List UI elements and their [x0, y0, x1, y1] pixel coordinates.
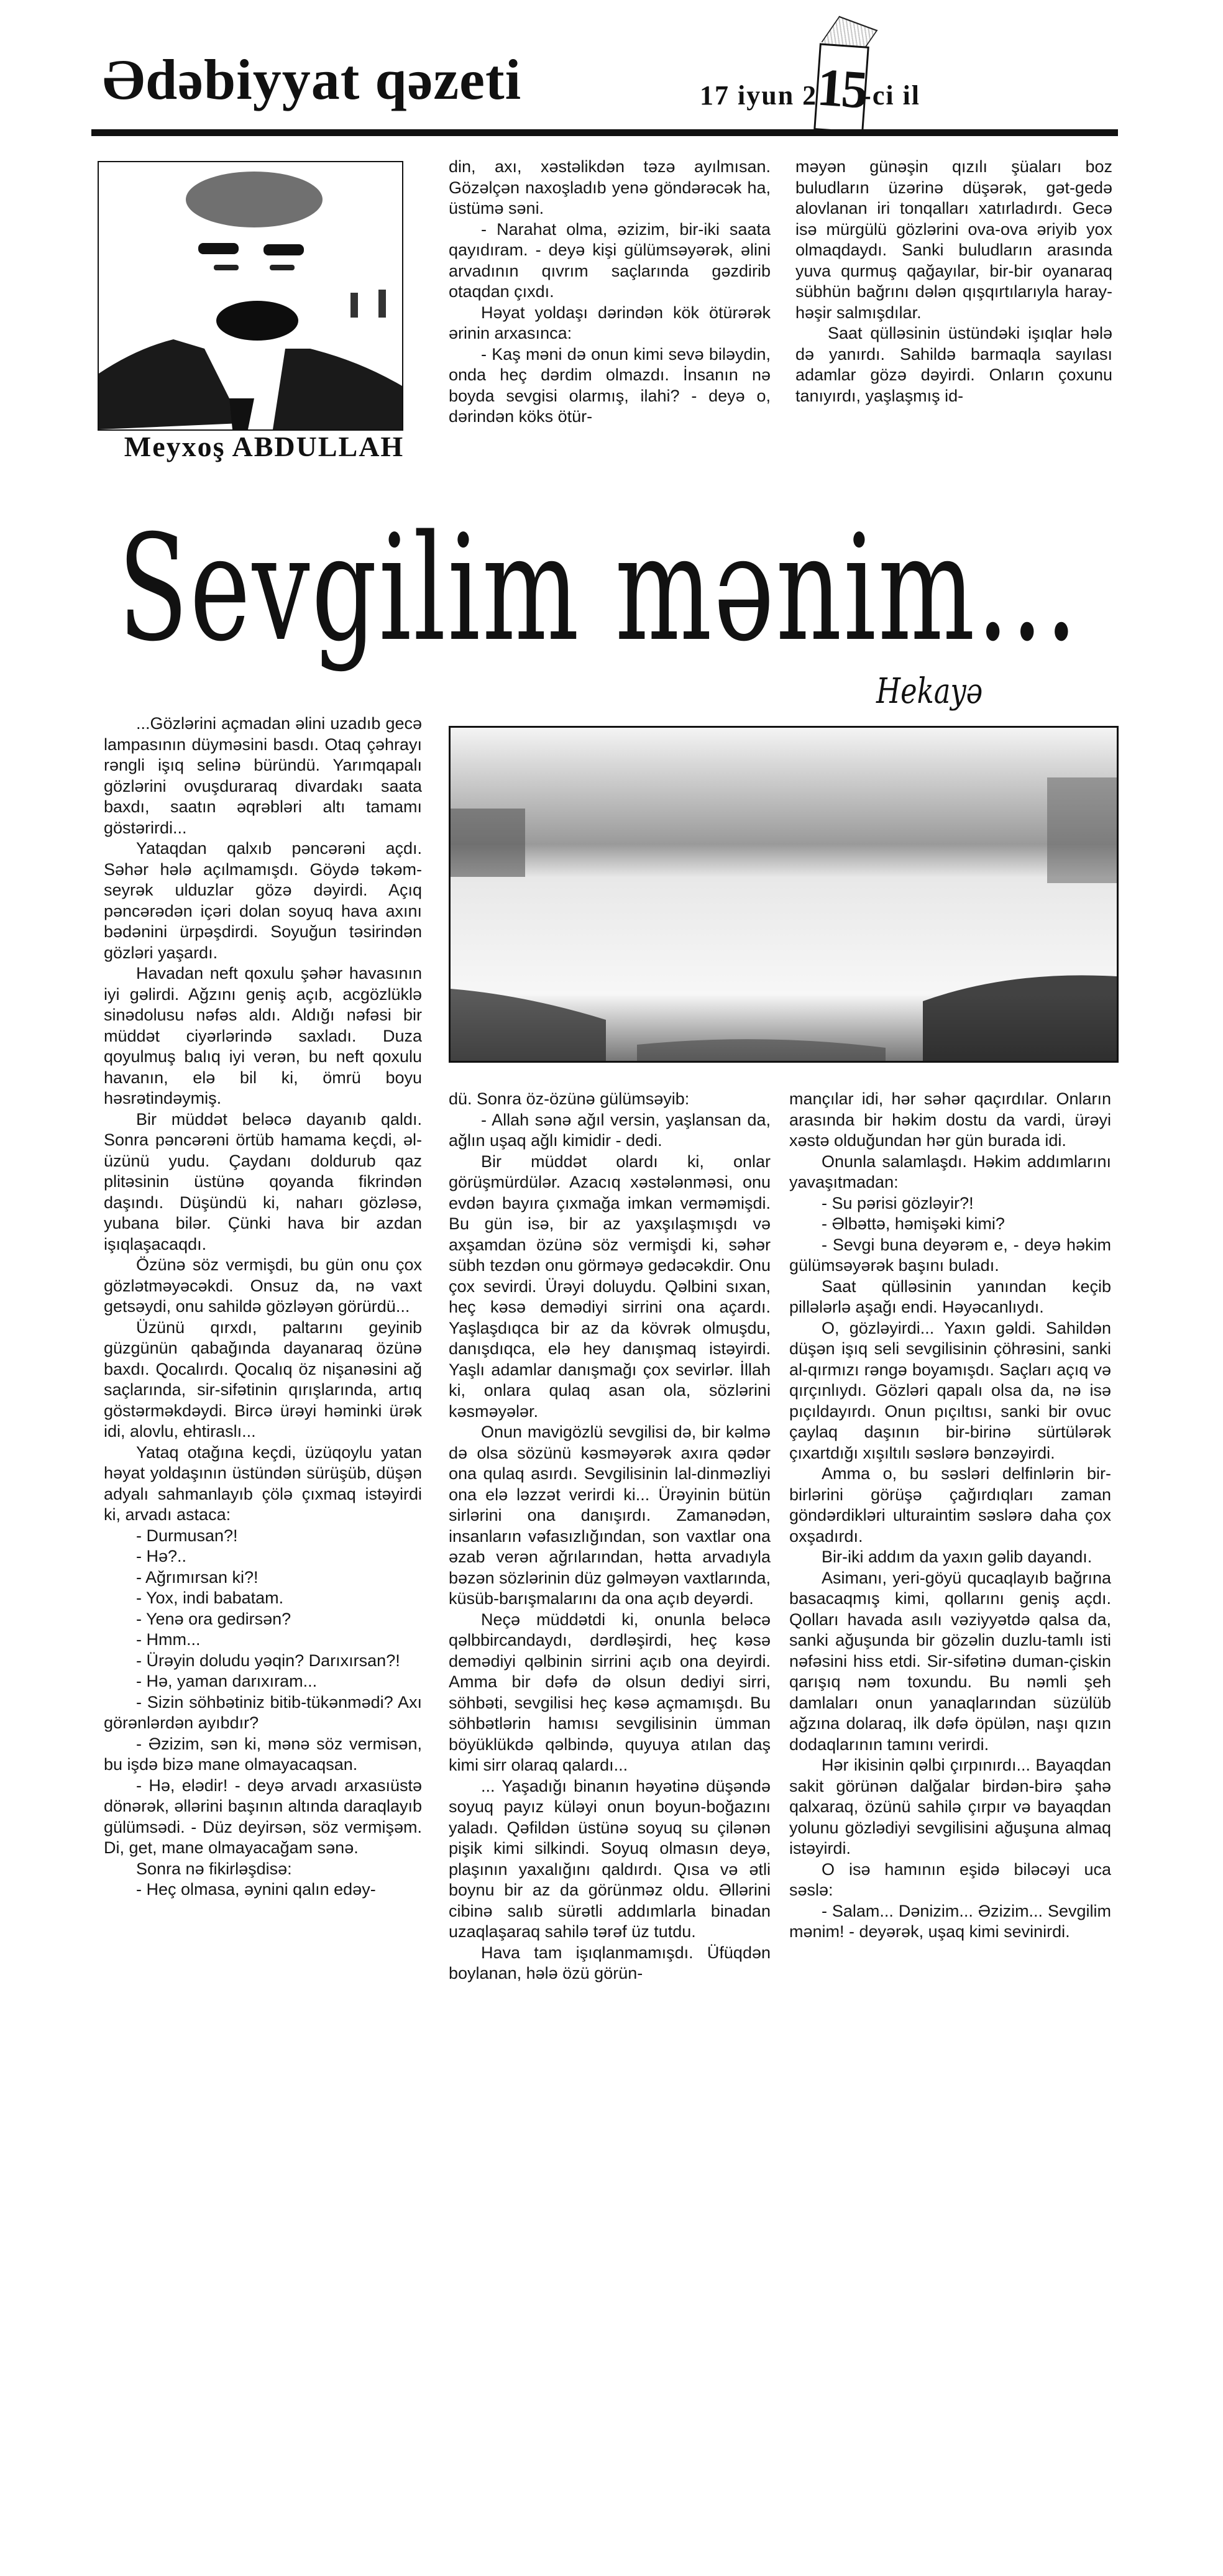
paragraph: O isə hamının eşidə biləcəyi uca səslə: [789, 1859, 1111, 1901]
dialogue-line: - Əlbəttə, həmişəki kimi? [789, 1214, 1111, 1235]
dialogue-line: - Kaş məni də onun kimi sevə biləydin, o… [449, 344, 771, 428]
paragraph: din, axı, xəstəlikdən təzə ayılmısan. Gö… [449, 157, 771, 219]
dialogue-line: - Ürəyin doludu yəqin? Darıxırsan?! [104, 1651, 422, 1672]
paragraph: Yataqdan qalxıb pəncərəni açdı. Səhər hə… [104, 838, 422, 963]
paragraph: Onunla salamlaşdı. Həkim addımlarını yav… [789, 1152, 1111, 1193]
paragraph: ...Gözlərini açmadan əlini uzadıb gecə l… [104, 713, 422, 838]
paragraph: Saat qülləsinin üstündəki işıqlar hələ d… [795, 323, 1112, 406]
dialogue-line: - Allah sənə ağıl versin, yaşlansan da, … [449, 1110, 771, 1152]
page-number-badge: 15 [813, 43, 869, 133]
dialogue-line: - Əzizim, sən ki, mənə söz vermisən, bu … [104, 1734, 422, 1776]
article-column-2: dü. Sonra öz-özünə gülümsəyib: - Allah s… [449, 1089, 771, 1984]
dialogue-line: - Yox, indi babatam. [104, 1588, 422, 1609]
paragraph: dü. Sonra öz-özünə gülümsəyib: [449, 1089, 771, 1110]
top-column-3: məyən günəşin qızılı şüaları boz buludla… [795, 157, 1112, 406]
paragraph: Onun mavigözlü sevgilisi də, bir kəlmə d… [449, 1422, 771, 1610]
paragraph: Havadan neft qoxulu şəhər havasının iyi … [104, 963, 422, 1109]
dialogue-line: - Ağrımırsan ki?! [104, 1567, 422, 1588]
author-portrait-photo [98, 161, 403, 431]
paragraph: Hər ikisinin qəlbi çırpınırdı... Bayaqda… [789, 1755, 1111, 1859]
paragraph: Üzünü qırxdı, paltarını geyinib güzgünün… [104, 1318, 422, 1442]
paragraph: Sonra nə fikirləşdisə: [104, 1859, 422, 1880]
paragraph: Bir müddət olardı ki, onlar görüşmürdülə… [449, 1152, 771, 1423]
paragraph: məyən günəşin qızılı şüaları boz buludla… [795, 157, 1112, 323]
dialogue-line: - Su pərisi gözləyir?! [789, 1193, 1111, 1214]
dialogue-line: - Hə?.. [104, 1546, 422, 1567]
paragraph: Neçə müddətdi ki, onunla beləcə qəlbbirc… [449, 1610, 771, 1776]
issue-date: 17 iyun 2017-ci il [700, 80, 920, 111]
paragraph: Asimanı, yeri-göyü qucaqlayıb bağrına ba… [789, 1568, 1111, 1756]
story-headline: Sevgilim mənim... [118, 516, 1079, 662]
newspaper-title: Ədəbiyyat qəzeti [103, 51, 521, 108]
dialogue-line: - Salam... Dənizim... Əzizim... Sevgilim… [789, 1901, 1111, 1943]
paragraph: O, gözləyirdi... Yaxın gəldi. Sahildən d… [789, 1318, 1111, 1464]
paragraph: Bir-iki addım da yaxın gəlib dayandı. [789, 1547, 1111, 1568]
dialogue-line: - Durmusan?! [104, 1526, 422, 1547]
masthead-rule [91, 129, 1118, 136]
dialogue-line: - Hə, elədir! - deyə arvadı arxasıüstə d… [104, 1776, 422, 1859]
dialogue-line: - Narahat olma, əzizim, bir-iki saata qa… [449, 219, 771, 303]
dialogue-line: - Yenə ora gedirsən? [104, 1609, 422, 1630]
paragraph: Amma o, bu səsləri delfinlərin bir-birlə… [789, 1464, 1111, 1547]
article-column-3: mançılar idi, hər səhər qaçırdılar. Onla… [789, 1089, 1111, 1943]
article-column-1: ...Gözlərini açmadan əlini uzadıb gecə l… [104, 713, 422, 1900]
sea-shore-photo [449, 726, 1119, 1063]
paragraph: Həyat yoldaşı dərindən kök ötürərək ərin… [449, 303, 771, 344]
dialogue-line: - Hmm... [104, 1629, 422, 1651]
dialogue-line: - Hə, yaman darıxıram... [104, 1671, 422, 1692]
paragraph: mançılar idi, hər səhər qaçırdılar. Onla… [789, 1089, 1111, 1152]
top-column-2: din, axı, xəstəlikdən təzə ayılmısan. Gö… [449, 157, 771, 428]
author-byline: Meyxoş ABDULLAH [118, 430, 410, 463]
paragraph: Bir müddət beləcə dayanıb qaldı. Sonra p… [104, 1109, 422, 1255]
genre-label: Hekayə [876, 671, 983, 712]
paragraph: Hava tam işıqlanmamışdı. Üfüqdən boylana… [449, 1943, 771, 1984]
dialogue-line: - Sizin söhbətiniz bitib-tükənmədi? Axı … [104, 1692, 422, 1734]
dialogue-line: - Heç olmasa, əynini qalın edəy- [104, 1879, 422, 1900]
paragraph: Özünə söz vermişdi, bu gün onu çox gözlə… [104, 1255, 422, 1318]
paragraph: Saat qülləsinin yanından keçib pillələrl… [789, 1277, 1111, 1318]
paragraph: ... Yaşadığı binanın həyətinə düşəndə so… [449, 1776, 771, 1943]
paragraph: Yataq otağına keçdi, üzüqoylu yatan həya… [104, 1442, 422, 1526]
dialogue-line: - Sevgi buna deyərəm e, - deyə həkim gül… [789, 1235, 1111, 1277]
page-number: 15 [815, 60, 868, 116]
